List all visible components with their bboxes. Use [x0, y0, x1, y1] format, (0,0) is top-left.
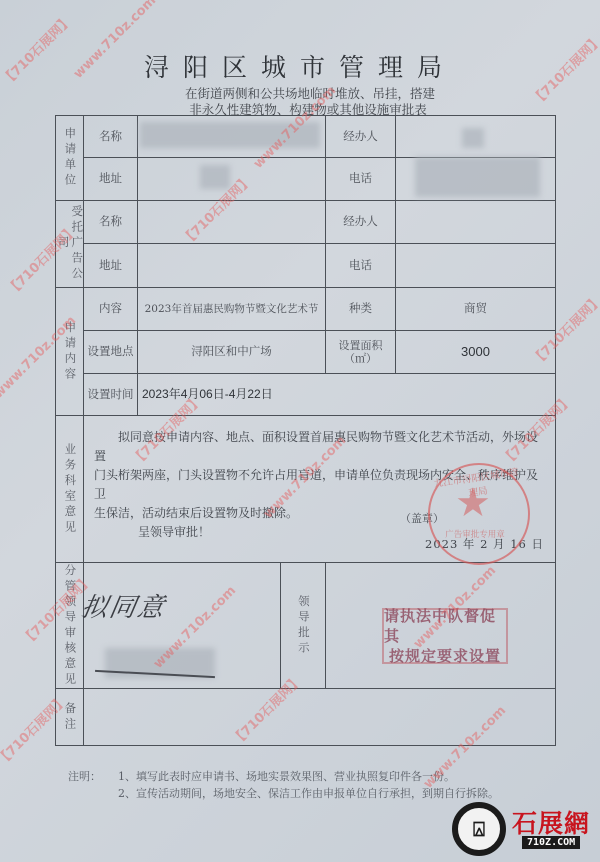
ad-company-phone-field[interactable]	[396, 244, 555, 287]
site-watermark-logo: ⍓ 石展網 710Z.COM	[452, 802, 592, 858]
applicant-phone-label: 电话	[326, 158, 395, 200]
area-label: 设置面积（㎡）	[326, 331, 395, 373]
enforcement-stamp: 请执法中队督促其 按规定要求设置	[382, 608, 508, 664]
ad-company-handler-label: 经办人	[326, 201, 395, 243]
logo-emblem-icon: ⍓	[452, 802, 506, 856]
opinion-line-1: 拟同意按申请内容、地点、面积设置首届惠民购物节暨文化艺术节活动，外场设置	[94, 428, 549, 466]
stamp-line-2: 按规定要求设置	[389, 646, 501, 666]
remarks-field[interactable]	[84, 689, 555, 745]
section-label-applicant: 申请单位	[56, 116, 83, 200]
type-label: 种类	[326, 288, 395, 330]
applicant-handler-label: 经办人	[326, 116, 395, 157]
applicant-address-field[interactable]	[138, 158, 325, 200]
section-label-division-leader: 分管领导审核意见	[56, 563, 83, 688]
ad-company-name-field[interactable]	[138, 201, 325, 243]
notes-label: 注明：	[68, 768, 118, 785]
note-item-2: 2、宣传活动期间，场地安全、保洁工作由申报单位自行承担，到期自行拆除。	[68, 785, 499, 802]
star-icon: ★	[455, 480, 491, 526]
ad-company-address-field[interactable]	[138, 244, 325, 287]
note-item-1: 1、填写此表时应申请书、场地实景效果图、营业执照复印件各一份。	[118, 770, 455, 783]
time-value[interactable]: 2023年4月06日-4月22日	[138, 374, 325, 415]
content-value[interactable]: 2023年首届惠民购物节暨文化艺术节	[138, 288, 325, 330]
time-label: 设置时间	[84, 374, 137, 415]
applicant-name-label: 名称	[84, 116, 137, 157]
stamp-line-1: 请执法中队督促其	[384, 606, 506, 646]
ad-company-address-label: 地址	[84, 244, 137, 287]
section-label-department-opinion: 业务科室意见	[56, 416, 83, 562]
area-value[interactable]: 3000	[396, 331, 555, 373]
section-label-remarks: 备注	[56, 689, 83, 745]
handwritten-approval: 拟同意	[79, 587, 170, 624]
official-seal-subtext: 广告审批专用章	[445, 528, 505, 540]
section-label-application: 申请内容	[56, 288, 83, 415]
type-value[interactable]: 商贸	[396, 288, 555, 330]
logo-domain: 710Z.COM	[522, 836, 580, 849]
section-label-ad-company: 受托广告公司	[56, 201, 83, 287]
leader-approval-label: 领导批示	[281, 563, 325, 688]
logo-text: 石展網	[512, 804, 590, 840]
location-value[interactable]: 浔阳区和中广场	[138, 331, 325, 373]
applicant-address-label: 地址	[84, 158, 137, 200]
ad-company-handler-field[interactable]	[396, 201, 555, 243]
content-label: 内容	[84, 288, 137, 330]
ad-company-name-label: 名称	[84, 201, 137, 243]
ad-company-phone-label: 电话	[326, 244, 395, 287]
footnotes: 注明：1、填写此表时应申请书、场地实景效果图、营业执照复印件各一份。 2、宣传活…	[68, 768, 499, 802]
location-label: 设置地点	[84, 331, 137, 373]
